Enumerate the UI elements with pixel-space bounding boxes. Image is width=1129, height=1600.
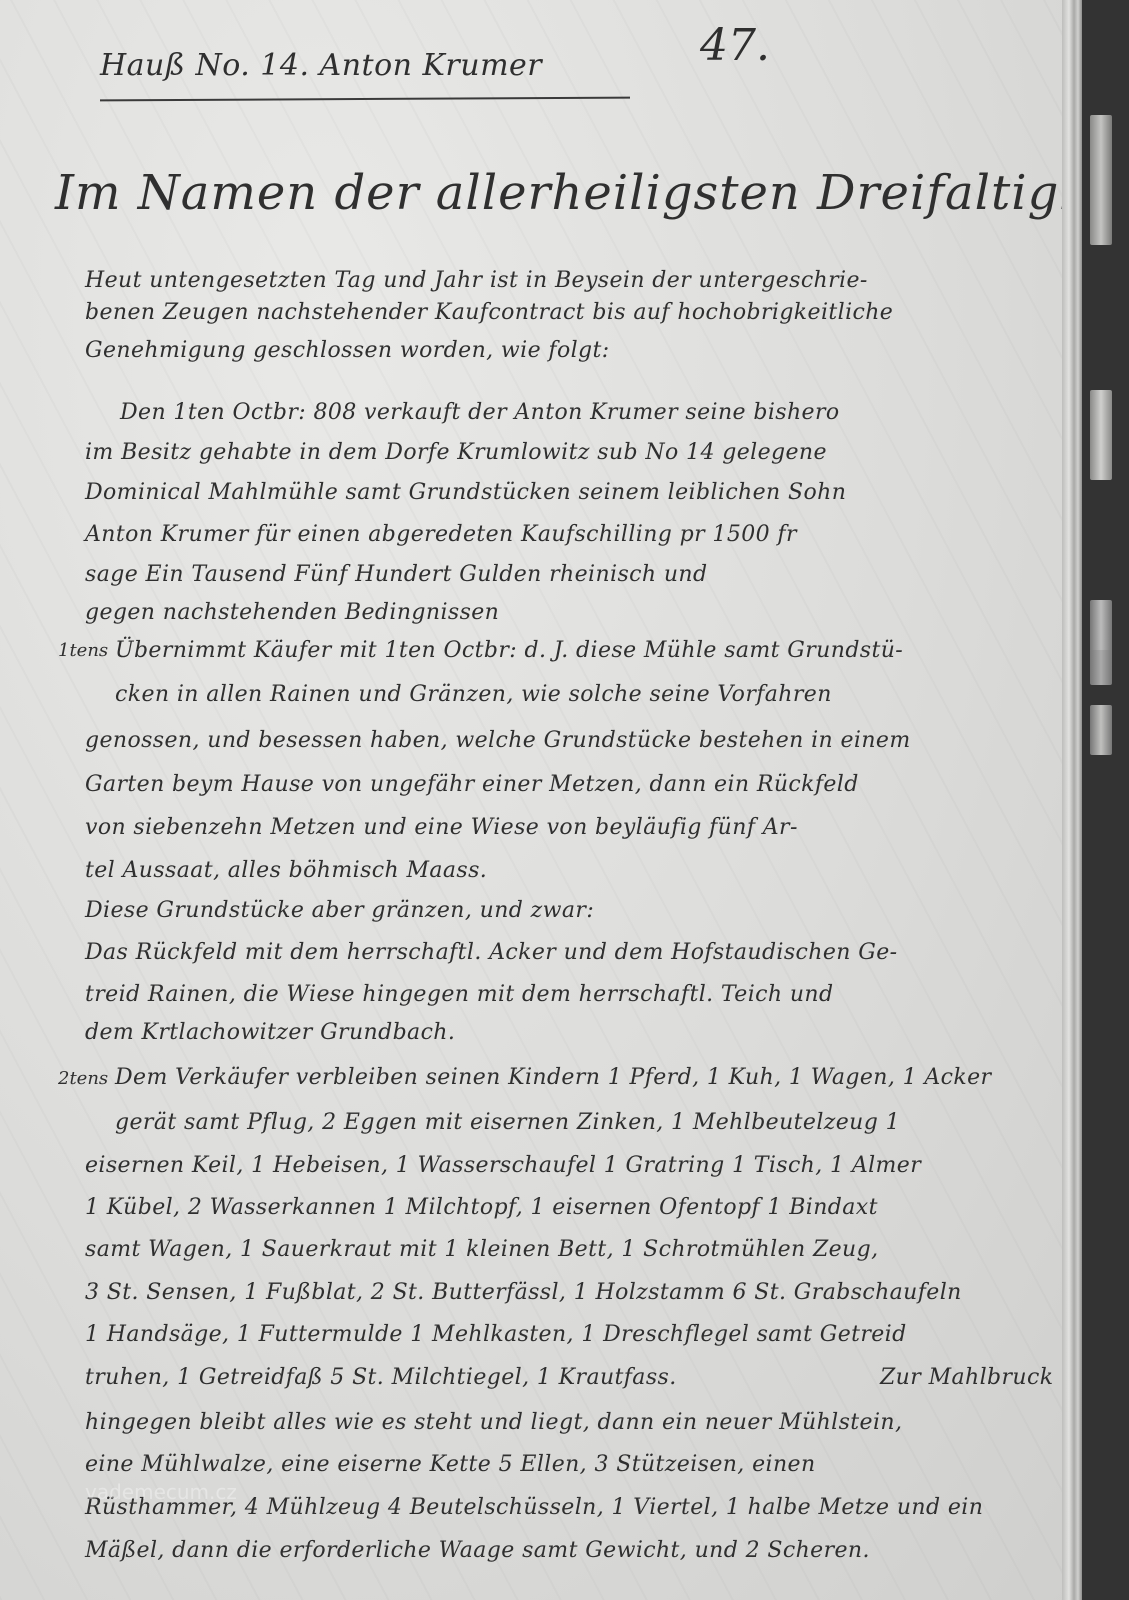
text-line: 1 Handsäge, 1 Futtermulde 1 Mehlkasten, … xyxy=(85,1322,907,1347)
text-line: benen Zeugen nachstehender Kaufcontract … xyxy=(85,300,893,325)
text-line: Übernimmt Käufer mit 1ten Octbr: d. J. d… xyxy=(115,638,903,663)
text-line: treid Rainen, die Wiese hingegen mit dem… xyxy=(85,982,833,1007)
text-line: dem Krtlachowitzer Grundbach. xyxy=(85,1020,455,1045)
text-line: Mäßel, dann die erforderliche Waage samt… xyxy=(85,1538,870,1563)
text-line: cken in allen Rainen und Gränzen, wie so… xyxy=(115,682,832,707)
margin-label: 1tens xyxy=(58,640,108,661)
binding-tab xyxy=(1090,705,1112,755)
text-line: Garten beym Hause von ungefähr einer Met… xyxy=(85,772,859,797)
margin-label: 2tens xyxy=(58,1068,108,1089)
text-line: 1 Kübel, 2 Wasserkannen 1 Milchtopf, 1 e… xyxy=(85,1195,878,1220)
text-line: Das Rückfeld mit dem herrschaftl. Acker … xyxy=(85,940,897,965)
text-line: sage Ein Tausend Fünf Hundert Gulden rhe… xyxy=(85,562,707,587)
text-line: hingegen bleibt alles wie es steht und l… xyxy=(85,1410,902,1435)
text-line: im Besitz gehabte in dem Dorfe Krumlowit… xyxy=(85,440,827,465)
binding-tab xyxy=(1090,650,1112,685)
text-line: Heut untengesetzten Tag und Jahr ist in … xyxy=(85,268,868,293)
text-line: genossen, und besessen haben, welche Gru… xyxy=(85,728,911,753)
page-edge xyxy=(1062,0,1082,1600)
binding-tab xyxy=(1090,115,1112,245)
invocation-heading: Im Namen der allerheiligsten Dreifaltigk… xyxy=(55,165,1129,221)
text-line: Genehmigung geschlossen worden, wie folg… xyxy=(85,338,610,363)
text-line: von siebenzehn Metzen und eine Wiese von… xyxy=(85,815,798,840)
binding-tab xyxy=(1090,390,1112,480)
text-line: samt Wagen, 1 Sauerkraut mit 1 kleinen B… xyxy=(85,1237,879,1262)
text-line: Dem Verkäufer verbleiben seinen Kindern … xyxy=(115,1065,991,1090)
manuscript-page: Hauß No. 14. Anton Krumer 47. Im Namen d… xyxy=(0,0,1078,1600)
text-line: 3 St. Sensen, 1 Fußblat, 2 St. Butterfäs… xyxy=(85,1280,962,1305)
text-line: tel Aussaat, alles böhmisch Maass. xyxy=(85,858,487,883)
text-line-trailing: Zur Mahlbruck xyxy=(880,1365,1053,1390)
text-line: gegen nachstehenden Bedingnissen xyxy=(85,600,499,625)
text-line: gerät samt Pflug, 2 Eggen mit eisernen Z… xyxy=(115,1110,900,1135)
archive-watermark: vademecum.cz xyxy=(85,1480,237,1504)
folio-number: 47. xyxy=(700,20,770,71)
text-line: Diese Grundstücke aber gränzen, und zwar… xyxy=(85,898,594,923)
text-line: eine Mühlwalze, eine eiserne Kette 5 Ell… xyxy=(85,1452,816,1477)
header-underline xyxy=(100,97,630,102)
text-line: Dominical Mahlmühle samt Grundstücken se… xyxy=(85,480,846,505)
text-line: eisernen Keil, 1 Hebeisen, 1 Wasserschau… xyxy=(85,1153,921,1178)
text-line: truhen, 1 Getreidfaß 5 St. Milchtiegel, … xyxy=(85,1365,677,1390)
text-line: Den 1ten Octbr: 808 verkauft der Anton K… xyxy=(120,400,840,425)
text-line: Anton Krumer für einen abgeredeten Kaufs… xyxy=(85,522,797,547)
header-title: Hauß No. 14. Anton Krumer xyxy=(100,48,542,83)
